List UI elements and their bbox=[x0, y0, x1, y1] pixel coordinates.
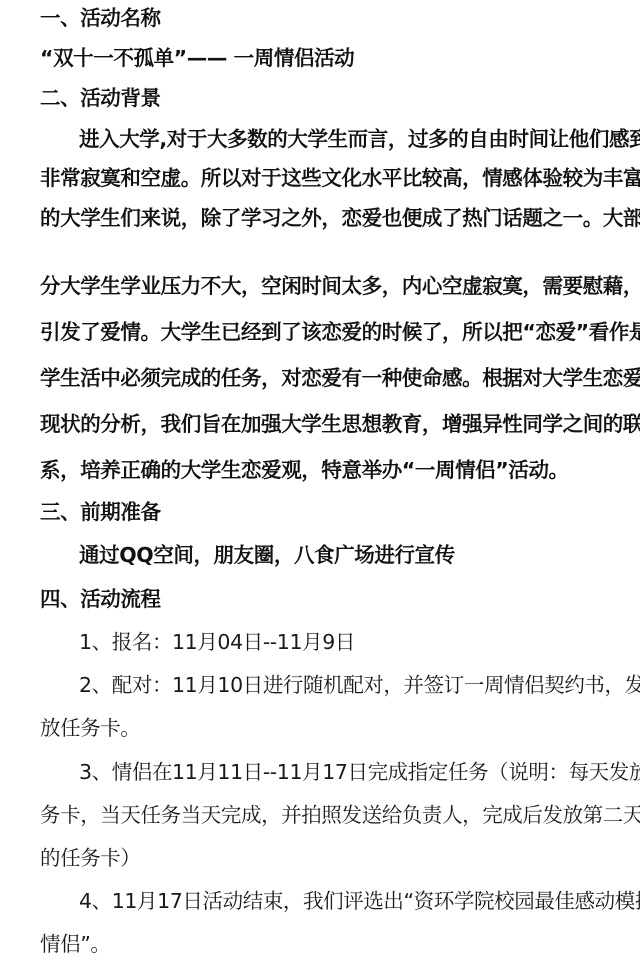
process-item-tasks: 3、情侣在11月11日--11月17日完成指定任务（说明：每天发放任 bbox=[79, 760, 640, 784]
process-item-tasks-cont: 的任务卡） bbox=[40, 846, 141, 870]
process-item-end: 4、11月17日活动结束，我们评选出“资环学院校园最佳感动模拟 bbox=[79, 889, 640, 913]
background-paragraph-line: 学生活中必须完成的任务，对恋爱有一种使命感。根据对大学生恋爱 bbox=[40, 366, 640, 390]
background-paragraph-line: 系，培养正确的大学生恋爱观，特意举办“一周情侣”活动。 bbox=[40, 458, 569, 482]
background-paragraph-line: 的大学生们来说，除了学习之外，恋爱也便成了热门话题之一。大部 bbox=[40, 206, 640, 230]
background-paragraph-line: 非常寂寞和空虚。所以对于这些文化水平比较高，情感体验较为丰富 bbox=[40, 166, 640, 190]
document-page: 一、活动名称 “双十一不孤单”—— 一周情侣活动 二、活动背景 进入大学,对于大… bbox=[0, 0, 640, 973]
process-item-signup: 1、报名：11月04日--11月9日 bbox=[79, 630, 355, 654]
section-heading-preparation: 三、前期准备 bbox=[40, 500, 161, 524]
preparation-text: 通过QQ空间，朋友圈，八食广场进行宣传 bbox=[79, 543, 455, 567]
activity-name-text: “双十一不孤单”—— 一周情侣活动 bbox=[40, 46, 354, 70]
process-item-matching: 2、配对：11月10日进行随机配对，并签订一周情侣契约书，发 bbox=[79, 673, 640, 697]
background-paragraph-line: 现状的分析，我们旨在加强大学生思想教育，增强异性同学之间的联 bbox=[40, 412, 640, 436]
section-heading-process: 四、活动流程 bbox=[40, 587, 161, 611]
background-paragraph-line: 进入大学,对于大多数的大学生而言，过多的自由时间让他们感到 bbox=[79, 127, 640, 151]
process-item-matching-cont: 放任务卡。 bbox=[40, 716, 141, 740]
process-item-tasks-cont: 务卡，当天任务当天完成，并拍照发送给负责人，完成后发放第二天 bbox=[40, 803, 640, 827]
background-paragraph-line: 引发了爱情。大学生已经到了该恋爱的时候了，所以把“恋爱”看作是大 bbox=[40, 320, 640, 344]
section-heading-name: 一、活动名称 bbox=[40, 6, 161, 30]
section-heading-background: 二、活动背景 bbox=[40, 86, 161, 110]
process-item-end-cont: 情侣”。 bbox=[40, 932, 111, 956]
background-paragraph-line: 分大学生学业压力不大，空闲时间太多，内心空虚寂寞，需要慰藉， bbox=[40, 274, 640, 298]
